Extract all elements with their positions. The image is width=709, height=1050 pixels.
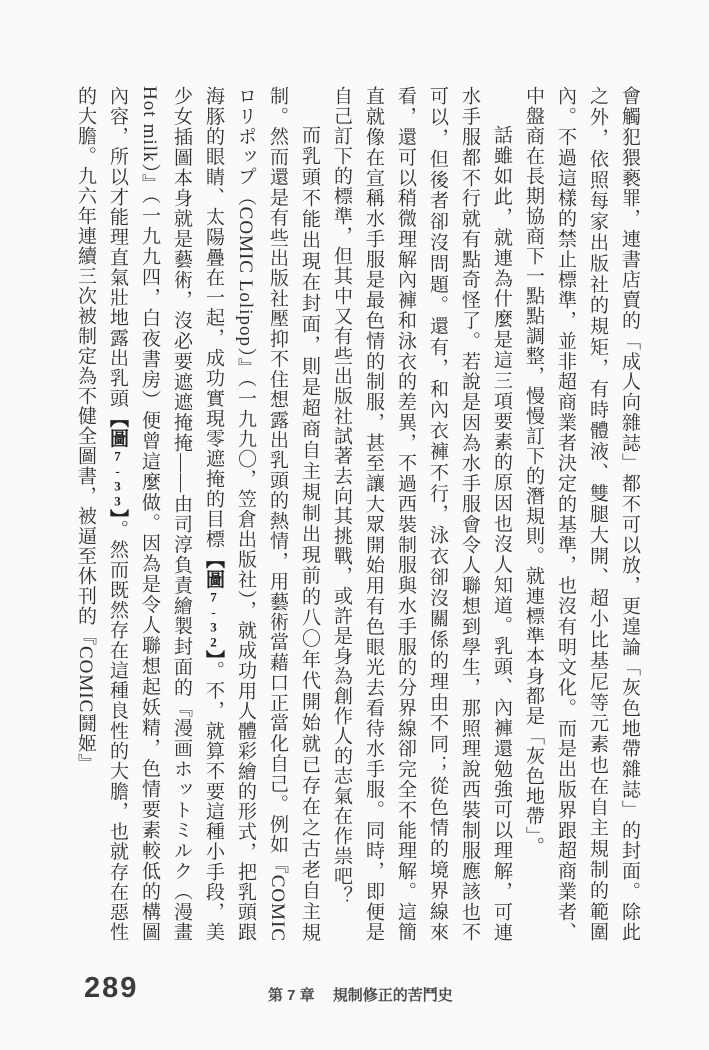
figure-reference: 【圖 bbox=[203, 549, 224, 589]
text-segment: 會觸犯猥褻罪，連書店賣的「成人向雜誌」都不可以放，更遑論「灰色地帶雜誌」的封面。… bbox=[523, 86, 640, 942]
figure-reference: 7-33 bbox=[110, 448, 125, 508]
figure-reference: 【圖 bbox=[107, 408, 128, 448]
chapter-title: 規制修正的苦鬥史 bbox=[333, 987, 453, 1004]
text-block: 會觸犯猥褻罪，連書店賣的「成人向雜誌」都不可以放，更遑論「灰色地帶雜誌」的封面。… bbox=[69, 86, 645, 942]
figure-reference: 7-32 bbox=[206, 589, 221, 649]
chapter-label: 第 7 章 bbox=[268, 987, 315, 1004]
book-page: 會觸犯猥褻罪，連書店賣的「成人向雜誌」都不可以放，更遑論「灰色地帶雜誌」的封面。… bbox=[0, 0, 709, 1050]
figure-reference: 】 bbox=[107, 508, 128, 519]
figure-reference: 】 bbox=[203, 649, 224, 660]
running-footer: 第 7 章規制修正的苦鬥史 bbox=[268, 984, 453, 1005]
text-segment: 話雖如此，就連為什麼是這三項要素的原因也沒人知道。乳頭、內褲還勉強可以理解，可連… bbox=[331, 86, 512, 942]
paragraph: 而乳頭不能出現在封面，則是超商自主規制出現前的八〇年代開始就已存在之古老自主規制… bbox=[69, 86, 325, 942]
paragraph: 話雖如此，就連為什麼是這三項要素的原因也沒人知道。乳頭、內褲還勉強可以理解，可連… bbox=[325, 86, 517, 942]
page-number: 289 bbox=[84, 972, 138, 1005]
paragraph: 會觸犯猥褻罪，連書店賣的「成人向雜誌」都不可以放，更遑論「灰色地帶雜誌」的封面。… bbox=[517, 86, 645, 942]
